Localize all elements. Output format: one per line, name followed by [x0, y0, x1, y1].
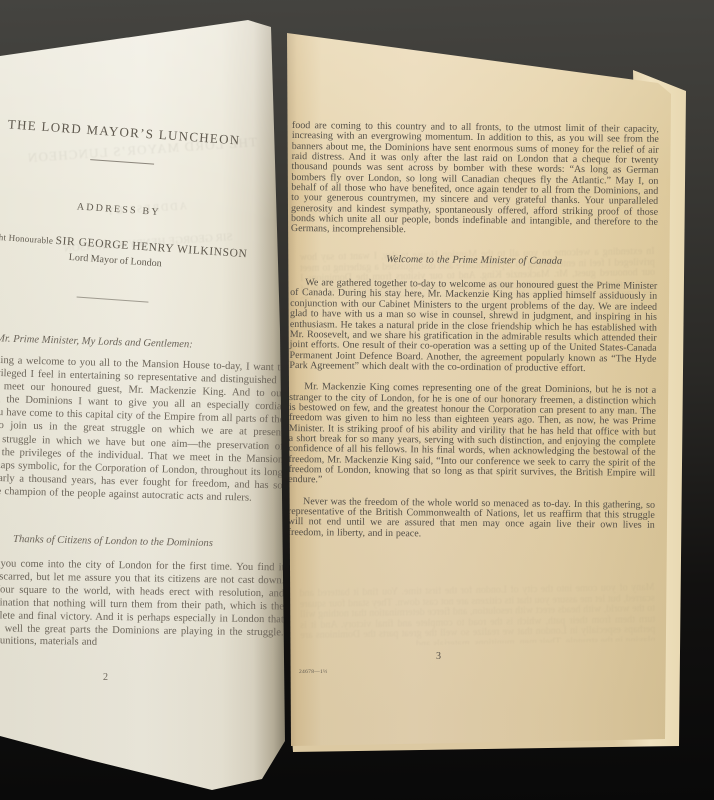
body-paragraph: In extending a welcome to you all to the… [0, 353, 286, 506]
body-paragraph: Mr. Mackenzie King comes representing on… [288, 382, 656, 489]
body-paragraph: food are coming to this country and to a… [291, 121, 659, 239]
page-title: THE LORD MAYOR’S LUNCHEON [0, 114, 279, 152]
photo-backdrop: In extending a welcome to you all to the… [0, 0, 714, 800]
body-paragraph: Never was the freedom of the whole world… [288, 497, 655, 542]
salutation-line: Your Grace, Mr. Prime Minister, My Lords… [0, 332, 287, 354]
address-by-label: ADDRESS BY [0, 193, 274, 226]
printer-mark: 24678—1½ [299, 669, 328, 675]
body-paragraph: Many of you come into the city of London… [0, 558, 285, 653]
page-number: 3 [436, 651, 441, 662]
divider-rule [77, 297, 149, 303]
section-heading: Thanks of Citizens of London to the Domi… [0, 532, 284, 550]
page-number: 2 [103, 672, 108, 683]
body-paragraph: We are gathered together to-day to welco… [289, 278, 657, 375]
ghost-showthrough-text: Many of you come into the city of London… [300, 583, 656, 647]
divider-rule [90, 159, 154, 164]
right-page-text-column: food are coming to this country and to a… [288, 121, 659, 553]
title-block: THE LORD MAYOR’S LUNCHEON ADDRESS BY Rig… [0, 114, 279, 311]
section-heading: Welcome to the Prime Minister of Canada [291, 254, 658, 268]
speaker-honorific: Right Honourable [0, 231, 56, 246]
